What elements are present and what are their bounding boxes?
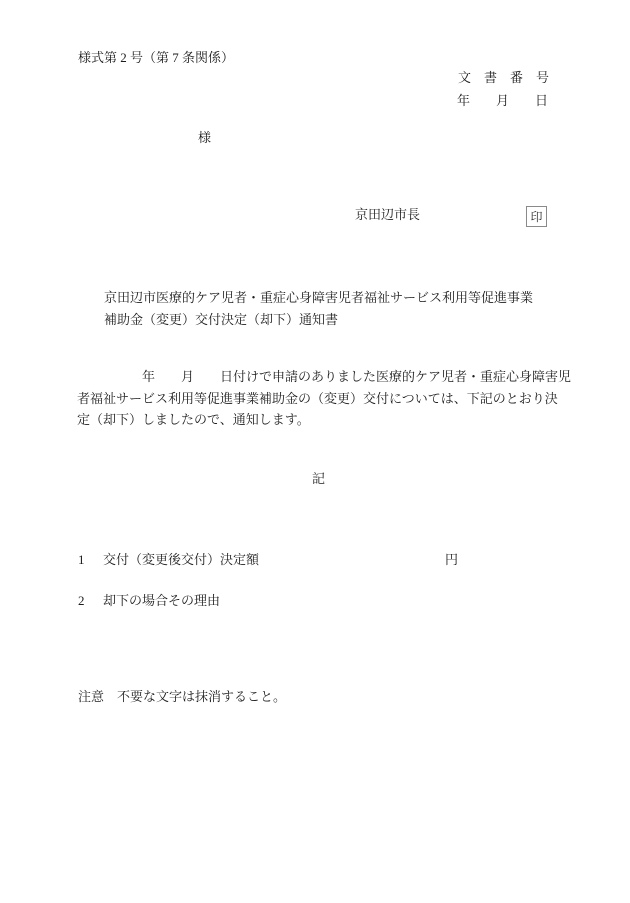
item-1-label: 交付（変更後交付）決定額 <box>103 552 259 568</box>
document-title: 京田辺市医療的ケア児者・重症心身障害児者福祉サービス利用等促進事業 補助金（変更… <box>104 287 533 331</box>
record-heading: 記 <box>77 468 560 487</box>
item-2-label: 却下の場合その理由 <box>103 593 220 609</box>
addressee-honorific: 様 <box>198 130 211 146</box>
document-page: 様式第 2 号（第 7 条関係） 文 書 番 号 年 月 日 様 京田辺市長 印… <box>0 0 630 903</box>
date-label: 年 月 日 <box>457 93 548 109</box>
seal-mark-character: 印 <box>530 208 542 225</box>
body-paragraph-line2: 者福祉サービス利用等促進事業補助金の（変更）交付については、下記のとおり決 <box>77 388 563 410</box>
body-paragraph: 年 月 日付けで申請のありました医療的ケア児者・重症心身障害児 者福祉サービス利… <box>77 366 563 431</box>
issuer-name: 京田辺市長 <box>355 207 420 223</box>
form-number-label: 様式第 2 号（第 7 条関係） <box>78 50 234 66</box>
caution-note: 注意 不要な文字は抹消すること。 <box>78 689 286 705</box>
document-number-label: 文 書 番 号 <box>458 70 549 86</box>
body-paragraph-line3: 定（却下）しましたので、通知します。 <box>77 409 563 431</box>
document-title-line2: 補助金（変更）交付決定（却下）通知書 <box>104 309 533 331</box>
body-paragraph-line1: 年 月 日付けで申請のありました医療的ケア児者・重症心身障害児 <box>77 366 563 388</box>
item-1-number: 1 <box>78 552 85 568</box>
seal-mark: 印 <box>526 206 547 227</box>
document-title-line1: 京田辺市医療的ケア児者・重症心身障害児者福祉サービス利用等促進事業 <box>104 287 533 309</box>
item-2-number: 2 <box>78 593 85 609</box>
item-1-unit-yen: 円 <box>445 552 458 568</box>
